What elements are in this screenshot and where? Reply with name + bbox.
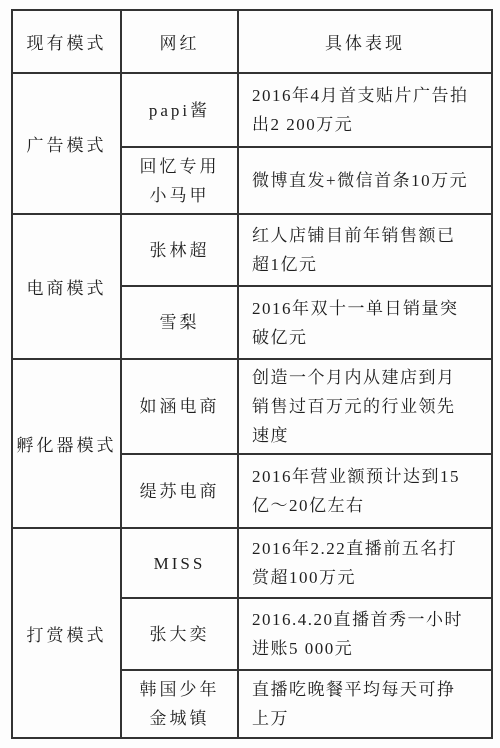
table-row: 广告模式 papi酱 2016年4月首支贴片广告拍 出2 200万元 (12, 73, 492, 147)
celebrity-cell-xueli: 雪梨 (121, 286, 238, 359)
performance-cell: 直播吃晚餐平均每天可挣 上万 (238, 670, 492, 738)
table-row: 打赏模式 MISS 2016年2.22直播前五名打 赏超100万元 (12, 528, 492, 598)
column-header-mode: 现有模式 (12, 10, 121, 73)
performance-cell: 红人店铺目前年销售额已 超1亿元 (238, 214, 492, 286)
page: 现有模式 网红 具体表现 广告模式 papi酱 2016年4月首支贴片广告拍 出… (0, 0, 500, 748)
column-header-celebrity: 网红 (121, 10, 238, 73)
celebrity-cell-jinchengzhen: 韩国少年 金城镇 (121, 670, 238, 738)
celebrity-cell-zhanglinchao: 张林超 (121, 214, 238, 286)
header-row: 现有模式 网红 具体表现 (12, 10, 492, 73)
performance-cell: 微博直发+微信首条10万元 (238, 147, 492, 214)
celebrity-cell-xiaomajia: 回忆专用 小马甲 (121, 147, 238, 214)
performance-cell: 2016.4.20直播首秀一小时 进账5 000元 (238, 598, 492, 670)
performance-cell: 2016年4月首支贴片广告拍 出2 200万元 (238, 73, 492, 147)
mode-cell-ecommerce: 电商模式 (12, 214, 121, 359)
mode-cell-reward: 打赏模式 (12, 528, 121, 738)
performance-cell: 2016年营业额预计达到15 亿～20亿左右 (238, 454, 492, 528)
mode-cell-incubator: 孵化器模式 (12, 359, 121, 528)
celebrity-cell-zhangdayi: 张大奕 (121, 598, 238, 670)
column-header-performance: 具体表现 (238, 10, 492, 73)
performance-cell: 创造一个月内从建店到月 销售过百万元的行业领先 速度 (238, 359, 492, 454)
celebrity-mode-table: 现有模式 网红 具体表现 广告模式 papi酱 2016年4月首支贴片广告拍 出… (11, 9, 493, 739)
table-row: 电商模式 张林超 红人店铺目前年销售额已 超1亿元 (12, 214, 492, 286)
performance-cell: 2016年2.22直播前五名打 赏超100万元 (238, 528, 492, 598)
celebrity-cell-tisu: 缇苏电商 (121, 454, 238, 528)
celebrity-cell-ruhan: 如涵电商 (121, 359, 238, 454)
performance-cell: 2016年双十一单日销量突 破亿元 (238, 286, 492, 359)
mode-cell-advertising: 广告模式 (12, 73, 121, 214)
celebrity-cell-miss: MISS (121, 528, 238, 598)
table-row: 孵化器模式 如涵电商 创造一个月内从建店到月 销售过百万元的行业领先 速度 (12, 359, 492, 454)
celebrity-cell-papi: papi酱 (121, 73, 238, 147)
